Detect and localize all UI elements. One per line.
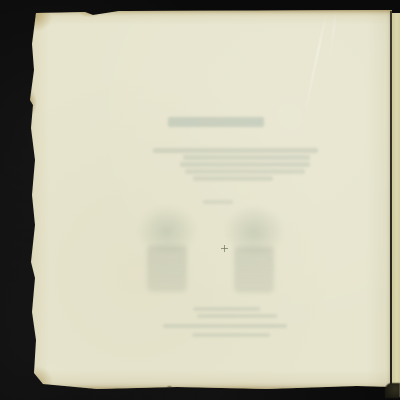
bleedthrough-illustration-right: [225, 207, 283, 299]
bleedthrough-line: [183, 155, 310, 160]
edge-wear-spot-top: [79, 8, 101, 17]
bleedthrough-illustration-left: [138, 206, 196, 298]
surface-crease: [305, 14, 327, 110]
bleedthrough-line: [185, 169, 305, 174]
registration-cross-mark: [221, 245, 228, 252]
bleedthrough-heading: [168, 117, 264, 127]
bleedthrough-divider: [203, 200, 233, 204]
plant-pot-shape: [234, 247, 274, 293]
bleedthrough-line: [193, 176, 273, 181]
bottom-edge-speck: [167, 386, 172, 389]
bleedthrough-line: [153, 148, 318, 153]
edge-wear-spot-left: [25, 90, 37, 116]
corner-wear-spot-top-left: [27, 10, 53, 32]
plant-pot-shape: [147, 246, 187, 292]
corner-wear-spot-bottom-left: [27, 366, 53, 390]
bleedthrough-line: [163, 324, 287, 328]
bleedthrough-line: [193, 307, 260, 311]
page-gutter-shadow: [390, 11, 392, 391]
photo-backdrop: [0, 0, 400, 400]
next-page-edge: [392, 13, 400, 397]
bleedthrough-line: [197, 314, 277, 318]
bleedthrough-line: [180, 162, 310, 167]
bleedthrough-line: [192, 333, 270, 337]
next-page-corner-shadow: [385, 383, 400, 398]
surface-crease-secondary: [329, 10, 337, 58]
book-page: [27, 10, 392, 389]
